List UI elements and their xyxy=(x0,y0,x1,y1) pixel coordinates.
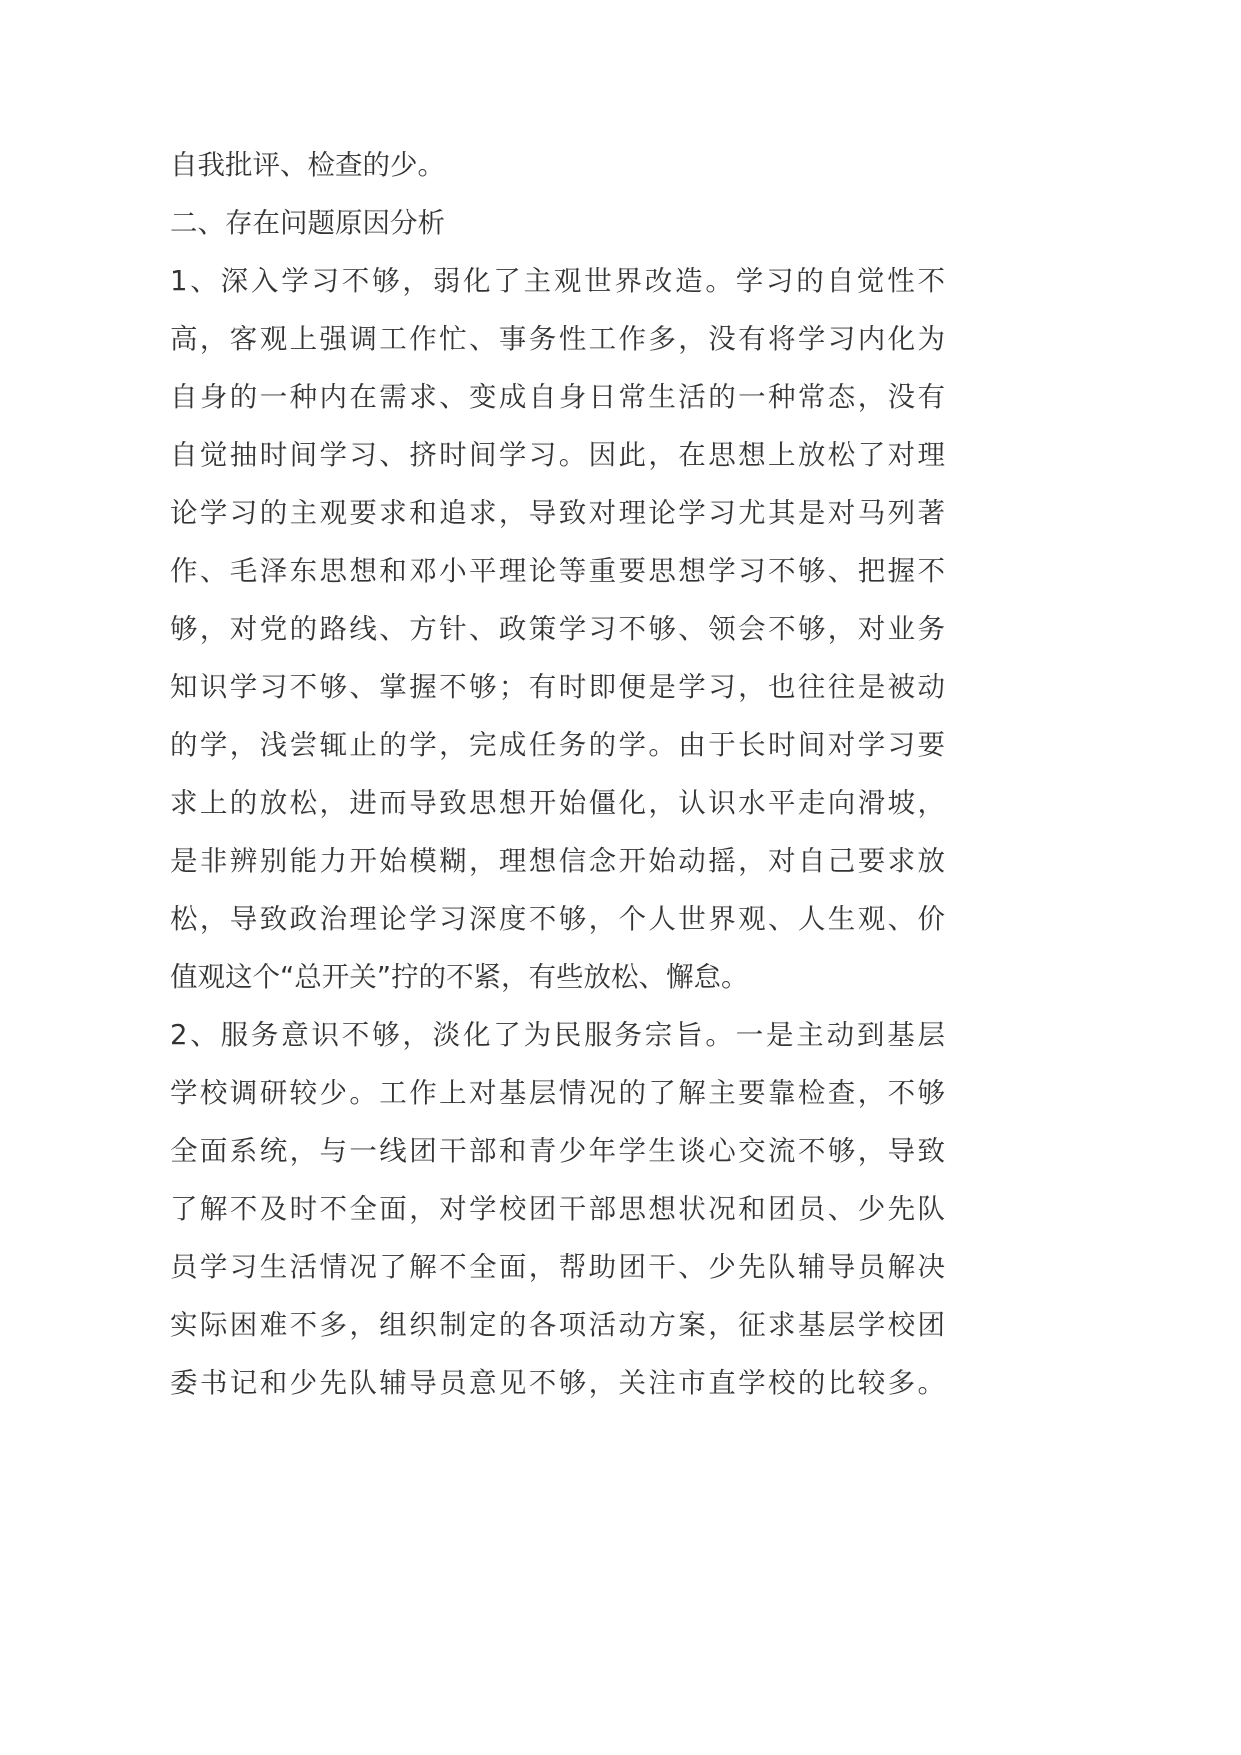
paragraph-2-line: 了解不及时不全面，对学校团干部思想状况和团员、少先队 xyxy=(170,1185,945,1243)
paragraph-2-line: 2、服务意识不够，淡化了为民服务宗旨。一是主动到基层 xyxy=(170,1011,945,1069)
paragraph-1-line: 知识学习不够、掌握不够；有时即便是学习，也往往是被动 xyxy=(170,663,945,721)
paragraph-1-line: 论学习的主观要求和追求，导致对理论学习尤其是对马列著 xyxy=(170,489,945,547)
paragraph-1-line-last: 值观这个“总开关”拧的不紧，有些放松、懈怠。 xyxy=(170,953,945,1011)
paragraph-1-line: 1、深入学习不够，弱化了主观世界改造。学习的自觉性不 xyxy=(170,257,945,315)
document-page: 自我批评、检查的少。 二、存在问题原因分析 1、深入学习不够，弱化了主观世界改造… xyxy=(0,0,1241,1755)
paragraph-1-line: 作、毛泽东思想和邓小平理论等重要思想学习不够、把握不 xyxy=(170,547,945,605)
paragraph-1-line: 的学，浅尝辄止的学，完成任务的学。由于长时间对学习要 xyxy=(170,721,945,779)
paragraph-1-line: 高，客观上强调工作忙、事务性工作多，没有将学习内化为 xyxy=(170,315,945,373)
paragraph-2-line: 全面系统，与一线团干部和青少年学生谈心交流不够，导致 xyxy=(170,1127,945,1185)
paragraph-1-line: 求上的放松，进而导致思想开始僵化，认识水平走向滑坡， xyxy=(170,779,945,837)
section-heading-cause-analysis: 二、存在问题原因分析 xyxy=(170,199,945,257)
paragraph-1-line: 松，导致政治理论学习深度不够，个人世界观、人生观、价 xyxy=(170,895,945,953)
paragraph-2-line: 学校调研较少。工作上对基层情况的了解主要靠检查，不够 xyxy=(170,1069,945,1127)
paragraph-2-line: 实际困难不多，组织制定的各项活动方案，征求基层学校团 xyxy=(170,1301,945,1359)
paragraph-2-line: 员学习生活情况了解不全面，帮助团干、少先队辅导员解决 xyxy=(170,1243,945,1301)
paragraph-1-line: 够，对党的路线、方针、政策学习不够、领会不够，对业务 xyxy=(170,605,945,663)
paragraph-1-line: 自觉抽时间学习、挤时间学习。因此，在思想上放松了对理 xyxy=(170,431,945,489)
document-body: 自我批评、检查的少。 二、存在问题原因分析 1、深入学习不够，弱化了主观世界改造… xyxy=(170,141,945,1417)
paragraph-2-line: 委书记和少先队辅导员意见不够，关注市直学校的比较多。 xyxy=(170,1359,945,1417)
paragraph-1-line: 自身的一种内在需求、变成自身日常生活的一种常态，没有 xyxy=(170,373,945,431)
text-line-conclusion: 自我批评、检查的少。 xyxy=(170,141,945,199)
paragraph-1-line: 是非辨别能力开始模糊，理想信念开始动摇，对自己要求放 xyxy=(170,837,945,895)
